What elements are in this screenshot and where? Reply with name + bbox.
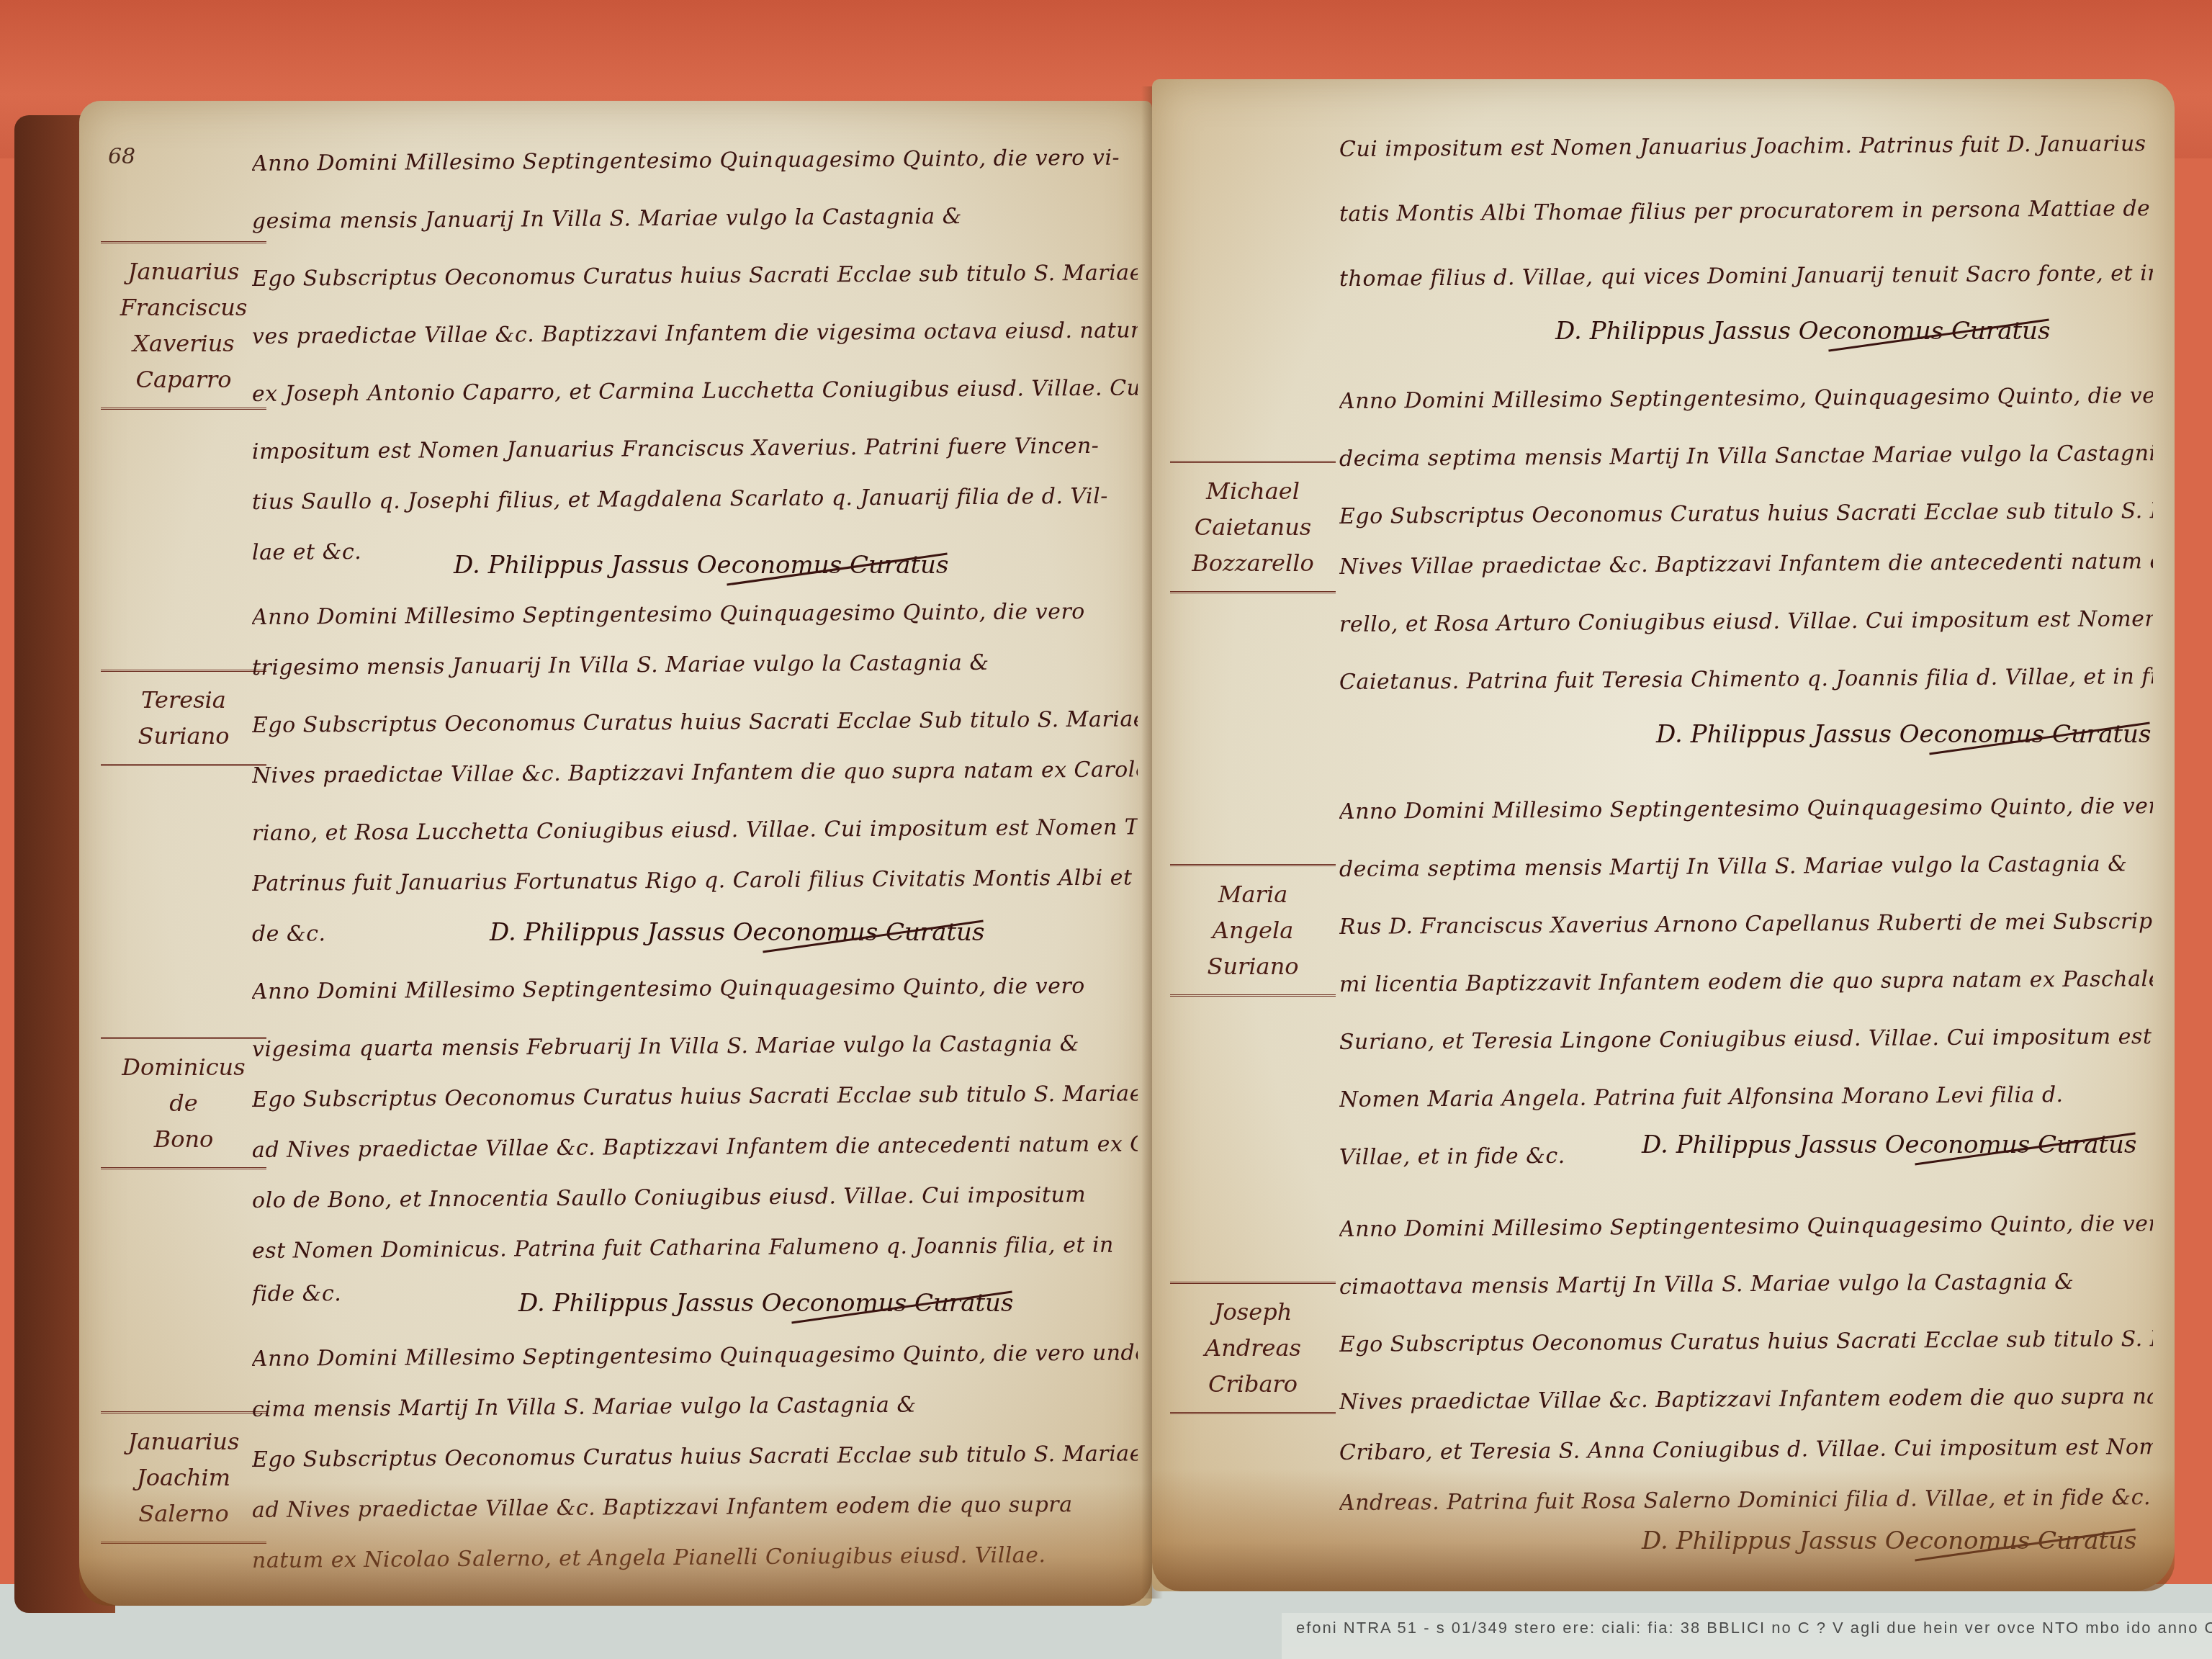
text-line: ad Nives praedictae Villae &c. Baptizzav… bbox=[252, 1131, 1138, 1163]
text-line: Ego Subscriptus Oeconomus Curatus huius … bbox=[252, 706, 1138, 738]
water-stain bbox=[1152, 1469, 2175, 1591]
left-page: 68 Januarius Franciscus Xaverius Caparro… bbox=[79, 101, 1152, 1606]
text-line: Anno Domini Millesimo Septingentesimo Qu… bbox=[1339, 793, 2153, 824]
margin-name-line: Dominicus bbox=[101, 1049, 266, 1085]
margin-name-line: Caparro bbox=[101, 361, 266, 397]
text-line: vigesima quarta mensis Februarij In Vill… bbox=[252, 1030, 1138, 1062]
text-line: cimaottava mensis Martij In Villa S. Mar… bbox=[1339, 1269, 2153, 1300]
water-stain bbox=[79, 1483, 1152, 1606]
margin-name-entry: Teresia Suriano bbox=[101, 670, 266, 766]
text-line: riano, et Rosa Lucchetta Coniugibus eius… bbox=[252, 814, 1138, 846]
margin-name-entry: Michael Caietanus Bozzarello bbox=[1170, 461, 1336, 593]
text-line: Rus D. Franciscus Xaverius Arnono Capell… bbox=[1339, 909, 2153, 940]
margin-name-line: Xaverius bbox=[101, 325, 266, 361]
right-page: Michael Caietanus Bozzarello Maria Angel… bbox=[1152, 79, 2175, 1591]
margin-name-line: Cribaro bbox=[1170, 1366, 1336, 1402]
text-line: Anno Domini Millesimo Septingentesimo Qu… bbox=[252, 973, 1138, 1004]
text-line: Nives Villae praedictae &c. Baptizzavi I… bbox=[1339, 549, 2153, 580]
text-line: Ego Subscriptus Oeconomus Curatus huius … bbox=[252, 1441, 1138, 1473]
margin-name-line: Michael bbox=[1170, 473, 1336, 509]
text-line: decima septima mensis Martij In Villa Sa… bbox=[1339, 441, 2153, 472]
text-line: Ego Subscriptus Oeconomus Curatus huius … bbox=[252, 1081, 1138, 1112]
text-line: Caietanus. Patrina fuit Teresia Chimento… bbox=[1339, 664, 2153, 695]
priest-signature: D. Philippus Jassus Oeconomus Curatus bbox=[1555, 317, 2050, 346]
newspaper-fragment: efoni NTRA 51 - s 01/349 stero ere: cial… bbox=[1282, 1613, 2212, 1659]
margin-name-line: Januarius bbox=[101, 253, 266, 289]
text-line: est Nomen Dominicus. Patrina fuit Cathar… bbox=[252, 1232, 1138, 1264]
text-line: Nives praedictae Villae &c. Baptizzavi I… bbox=[1339, 1384, 2153, 1415]
margin-name-entry: Maria Angela Suriano bbox=[1170, 864, 1336, 997]
margin-name-entry: Dominicus de Bono bbox=[101, 1037, 266, 1169]
margin-name-line: Angela bbox=[1170, 912, 1336, 948]
text-line: ex Joseph Antonio Caparro, et Carmina Lu… bbox=[252, 375, 1138, 407]
text-line: gesima mensis Januarij In Villa S. Maria… bbox=[252, 202, 1138, 234]
text-line: Anno Domini Millesimo Septingentesimo Qu… bbox=[252, 598, 1138, 630]
text-line: impositum est Nomen Januarius Franciscus… bbox=[252, 433, 1138, 464]
text-line: Ego Subscriptus Oeconomus Curatus huius … bbox=[1339, 1326, 2153, 1357]
margin-name-line: de bbox=[101, 1085, 266, 1121]
text-line: Nomen Maria Angela. Patrina fuit Alfonsi… bbox=[1339, 1082, 2153, 1112]
margin-name-line: Franciscus bbox=[101, 289, 266, 325]
text-line: Ego Subscriptus Oeconomus Curatus huius … bbox=[252, 260, 1138, 292]
margin-name-line: Januarius bbox=[101, 1424, 266, 1460]
margin-name-line: Bono bbox=[101, 1121, 266, 1157]
text-line: olo de Bono, et Innocentia Saullo Coniug… bbox=[252, 1182, 1138, 1213]
text-line: Nives praedictae Villae &c. Baptizzavi I… bbox=[252, 757, 1138, 788]
margin-name-line: Andreas bbox=[1170, 1330, 1336, 1366]
priest-signature: D. Philippus Jassus Oeconomus Curatus bbox=[454, 551, 948, 580]
text-line: ves praedictae Villae &c. Baptizzavi Inf… bbox=[252, 318, 1138, 349]
margin-name-entry: Joseph Andreas Cribaro bbox=[1170, 1282, 1336, 1414]
margin-name-line: Caietanus bbox=[1170, 509, 1336, 545]
margin-name-entry: Januarius Franciscus Xaverius Caparro bbox=[101, 241, 266, 410]
text-line: cima mensis Martij In Villa S. Mariae vu… bbox=[252, 1390, 1138, 1422]
text-line: Cui impositum est Nomen Januarius Joachi… bbox=[1339, 131, 2153, 162]
margin-name-line: Bozzarello bbox=[1170, 545, 1336, 581]
text-line: Anno Domini Millesimo Septingentesimo Qu… bbox=[252, 145, 1138, 176]
text-line: Patrinus fuit Januarius Fortunatus Rigo … bbox=[252, 865, 1138, 896]
text-line: Cribaro, et Teresia S. Anna Coniugibus d… bbox=[1339, 1434, 2153, 1465]
text-line: tatis Montis Albi Thomae filius per proc… bbox=[1339, 196, 2153, 227]
text-line: Ego Subscriptus Oeconomus Curatus huius … bbox=[1339, 498, 2153, 529]
text-line: Anno Domini Millesimo Septingentesimo Qu… bbox=[252, 1340, 1138, 1372]
margin-name-line: Teresia bbox=[101, 682, 266, 718]
priest-signature: D. Philippus Jassus Oeconomus Curatus bbox=[518, 1289, 1013, 1318]
text-line: Anno Domini Millesimo Septingentesimo Qu… bbox=[1339, 1211, 2153, 1242]
text-line: tius Saullo q. Josephi filius, et Magdal… bbox=[252, 483, 1138, 515]
priest-signature: D. Philippus Jassus Oeconomus Curatus bbox=[1656, 720, 2151, 749]
text-line: Anno Domini Millesimo Septingentesimo, Q… bbox=[1339, 383, 2153, 414]
margin-name-line: Suriano bbox=[101, 718, 266, 754]
text-line: rello, et Rosa Arturo Coniugibus eiusd. … bbox=[1339, 606, 2153, 637]
page-number: 68 bbox=[108, 144, 135, 169]
text-line: decima septima mensis Martij In Villa S.… bbox=[1339, 851, 2153, 882]
text-line: mi licentia Baptizzavit Infantem eodem d… bbox=[1339, 966, 2153, 997]
priest-signature: D. Philippus Jassus Oeconomus Curatus bbox=[490, 918, 984, 947]
margin-name-line: Maria bbox=[1170, 876, 1336, 912]
margin-name-line: Suriano bbox=[1170, 948, 1336, 984]
priest-signature: D. Philippus Jassus Oeconomus Curatus bbox=[1642, 1130, 2136, 1159]
margin-name-line: Joseph bbox=[1170, 1294, 1336, 1330]
text-line: thomae filius d. Villae, qui vices Domin… bbox=[1339, 261, 2153, 292]
text-line: Suriano, et Teresia Lingone Coniugibus e… bbox=[1339, 1024, 2153, 1055]
text-line: trigesimo mensis Januarij In Villa S. Ma… bbox=[252, 649, 1138, 680]
